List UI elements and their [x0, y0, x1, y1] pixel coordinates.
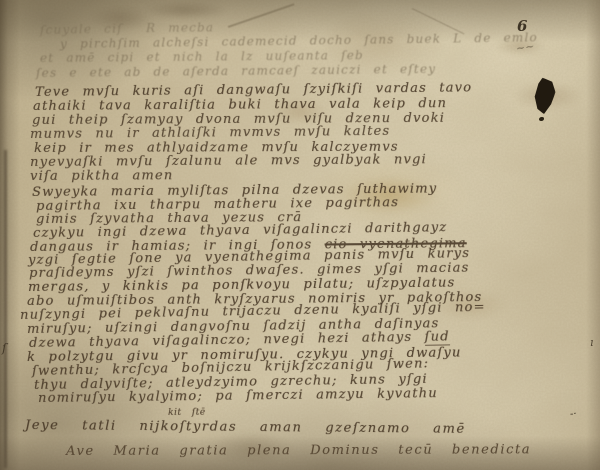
manuscript-page: ſcuyale ciſR mecbay pirchſim alcheſsi ca… [0, 0, 600, 470]
bottom-edge-shadow [0, 0, 600, 470]
manuscript-line: keip ir mes athlyaidzame mvſu kalczyemvs [34, 140, 399, 156]
manuscript-line: et amē cipi et nich la lz uuſeanta ſeb [40, 48, 364, 65]
manuscript-line: thyu dalyviſte; atleydzyimo gzrechu; kun… [34, 372, 428, 393]
manuscript-line: athaiki tava karaliſtia buki thava vala … [33, 96, 447, 114]
manuscript-line: dzewa thyava viſagalinczo; nvegi hezi at… [29, 329, 450, 351]
paper-stains [0, 0, 600, 470]
manuscript-line: mumvs nu ir athlaiſki mvmvs mvſu kaltes [30, 124, 390, 142]
bottom-right-dash: -· [570, 409, 577, 420]
manuscript-line-segment: dzewa thyava viſagalinczo; nvegi hezi at… [29, 330, 425, 351]
manuscript-line: y pirchſim alcheſsi cademecid docho ſans… [60, 30, 538, 51]
manuscript-line: kit ſtē [168, 408, 206, 418]
manuscript-line: Teve mvſu kuris aſi dangwaſu ſzyiſkiſi v… [35, 80, 472, 100]
manuscript-line: yzgi ſegtie ſone ya vyenathegima panis m… [28, 246, 470, 268]
manuscript-line-segment: ſud [424, 329, 449, 345]
manuscript-line: viſa piktha amen [30, 168, 173, 184]
manuscript-line: ſwenthu; krcſcya boſnijczu krijkſzczanig… [32, 356, 429, 379]
manuscript-line-segment: cio vyenathegima [325, 236, 467, 252]
manuscript-line: nuſzyngi pei peklvaſnu trijaczu dzenu ky… [20, 300, 486, 323]
manuscript-line: ſcuyale ciſ [40, 22, 123, 37]
ink-blot-dot [539, 117, 544, 121]
right-edge-shadow [0, 0, 600, 470]
manuscript-line: nomiruſyu kyalyimo; pa ſmerczi amzyu kyv… [38, 386, 438, 406]
manuscript-line: R mecba [146, 20, 214, 35]
manuscript-line: pagirtha ixu tharpu matheru ixe pagirtha… [36, 195, 399, 214]
manuscript-line: abo uſmuiſtibos anth kryſzyarus nomiris … [27, 290, 482, 309]
flourish-scribble: ~~ [515, 39, 535, 54]
paper-mottling [0, 0, 600, 470]
manuscript-line: ſes e ete ab de aſerda ramcaeſ zauiczi e… [36, 62, 436, 80]
crease-line [412, 8, 465, 35]
manuscript-line: miruſyu; uſzingi dangvoſnu ſadzij antha … [27, 316, 440, 337]
crease-line [228, 3, 295, 27]
left-spine-shadow [0, 0, 600, 470]
paper-texture [0, 0, 600, 470]
right-margin-tick: ı [590, 336, 594, 349]
manuscript-line: mergas, y kinkis pa ponſkvoyu pilatu; uſ… [28, 276, 455, 295]
manuscript-line: gui theip ſzamyay dvona mvſu viſu dzenu … [32, 111, 445, 128]
manuscript-line: dangaus ir hamias; ir ingi ſonos cio vye… [30, 236, 467, 255]
left-spine-line [4, 150, 7, 468]
manuscript-line: czykyu ingi dzewa thyava viſagalinczi da… [33, 220, 447, 241]
manuscript-line: Ave Maria gratia plena Dominus tecū bene… [66, 442, 531, 459]
manuscript-line-segment: dangaus ir hamias; ir ingi ſonos [30, 237, 325, 255]
numeral-6-mark: 6 [517, 17, 527, 35]
manuscript-line: nyevyaſki mvſu ſzalunu ale mvs gyalbyak … [30, 152, 427, 170]
top-edge-shadow [0, 0, 600, 470]
manuscript-line: k polzytgu givu yr nomiruſyu. czykyu yng… [27, 345, 462, 365]
manuscript-line: gimis ſzyvatha thava yezus crā [36, 210, 302, 227]
handwritten-text-layer: ſcuyale ciſR mecbay pirchſim alcheſsi ca… [0, 0, 600, 470]
manuscript-line: Swyeyka maria myliſtas pilna dzevas ſuth… [32, 181, 437, 200]
manuscript-line: Jeye tatli nijkoſtyrdas aman gzeſznamo a… [25, 418, 466, 437]
manuscript-line: praſideyms yſzi ſwinthos dwaſes. gimes y… [29, 261, 470, 281]
ink-blot [532, 77, 557, 115]
